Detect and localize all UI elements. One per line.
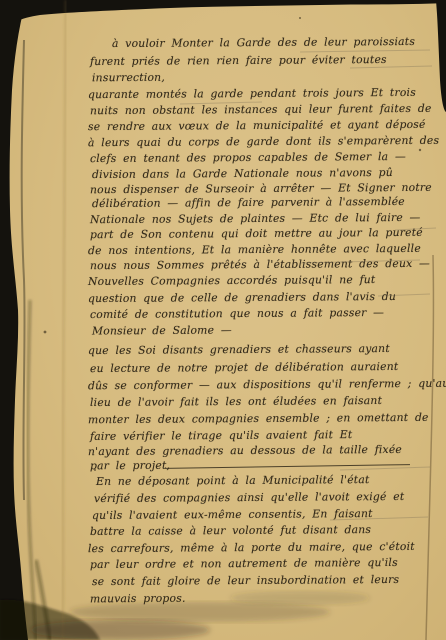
manuscript-line: quarante montés la garde pendant trois j…	[88, 86, 416, 101]
manuscript-line: eu lecture de notre projet de délibérati…	[90, 360, 398, 375]
manuscript-line: par le projet,	[90, 459, 170, 473]
manuscript-line: à vouloir Monter la Garde des de leur pa…	[112, 35, 415, 50]
manuscript-line: part de Son contenu qui doit mettre au j…	[90, 226, 423, 241]
manuscript-line: furent priés de rien rien faire pour évi…	[90, 53, 387, 68]
manuscript-line: faire vérifier le tirage qu'ils avaient …	[90, 428, 352, 443]
manuscript-line: dûs se conformer — aux dispositions qu'i…	[88, 377, 446, 393]
manuscript-line: de nos intentions, Et la manière honnête…	[88, 242, 421, 257]
manuscript-line: Monsieur de Salome —	[92, 324, 232, 338]
manuscript-line: nuits non obstant les instances qui leur…	[90, 102, 432, 117]
manuscript-scan: à vouloir Monter la Garde des de leur pa…	[0, 0, 446, 640]
manuscript-line: n'ayant des grenadiers au dessous de la …	[88, 443, 402, 458]
manuscript-line: Nationale nos Sujets de plaintes — Etc d…	[90, 211, 421, 226]
manuscript-line: à leurs quai du corps de garde dont ils …	[88, 134, 439, 149]
manuscript-line: clefs en tenant des propos capables de S…	[90, 150, 406, 165]
manuscript-line: par leur ordre et non autrement de maniè…	[90, 556, 398, 571]
manuscript-line: mauvais propos.	[90, 592, 186, 606]
manuscript-line: qu'ils l'avaient eux-même consentis, En …	[92, 507, 373, 522]
manuscript-line: Nouvelles Compagnies accordés puisqu'il …	[88, 273, 376, 288]
manuscript-line: battre la caisse à leur volonté fut disa…	[90, 523, 371, 538]
manuscript-line: se rendre aux vœux de la municipalité et…	[88, 118, 426, 133]
manuscript-line: les carrefours, même à la porte du maire…	[88, 540, 415, 555]
text-block: à vouloir Monter la Garde des de leur pa…	[0, 0, 446, 640]
manuscript-line: vérifié des compagnies ainsi qu'elle l'a…	[94, 490, 404, 505]
manuscript-line: comité de constitution que nous a fait p…	[90, 306, 384, 321]
manuscript-line: lieu de l'avoir fait ils les ont éludées…	[90, 394, 382, 409]
manuscript-line: question que de celle de grenadiers dans…	[88, 290, 396, 305]
manuscript-line: se sont fait gloire de leur insubordinat…	[92, 573, 399, 588]
manuscript-line: délibération — affin de faire parvenir à…	[92, 195, 405, 210]
manuscript-line: monter les deux compagnies ensemble ; en…	[88, 411, 429, 426]
pen-stroke-rule	[165, 464, 410, 469]
manuscript-line: que les Soi disants grenadiers et chasse…	[88, 342, 390, 357]
manuscript-line: division dans la Garde Nationale nous n'…	[92, 166, 393, 181]
manuscript-line: insurrection,	[92, 71, 165, 85]
manuscript-line: En ne déposant point à la Municipalité l…	[96, 473, 370, 488]
manuscript-line: nous nous Sommes prêtés à l'établissemen…	[90, 257, 430, 272]
manuscript-line: nous dispenser de Surseoir à arrêter — E…	[90, 181, 432, 196]
